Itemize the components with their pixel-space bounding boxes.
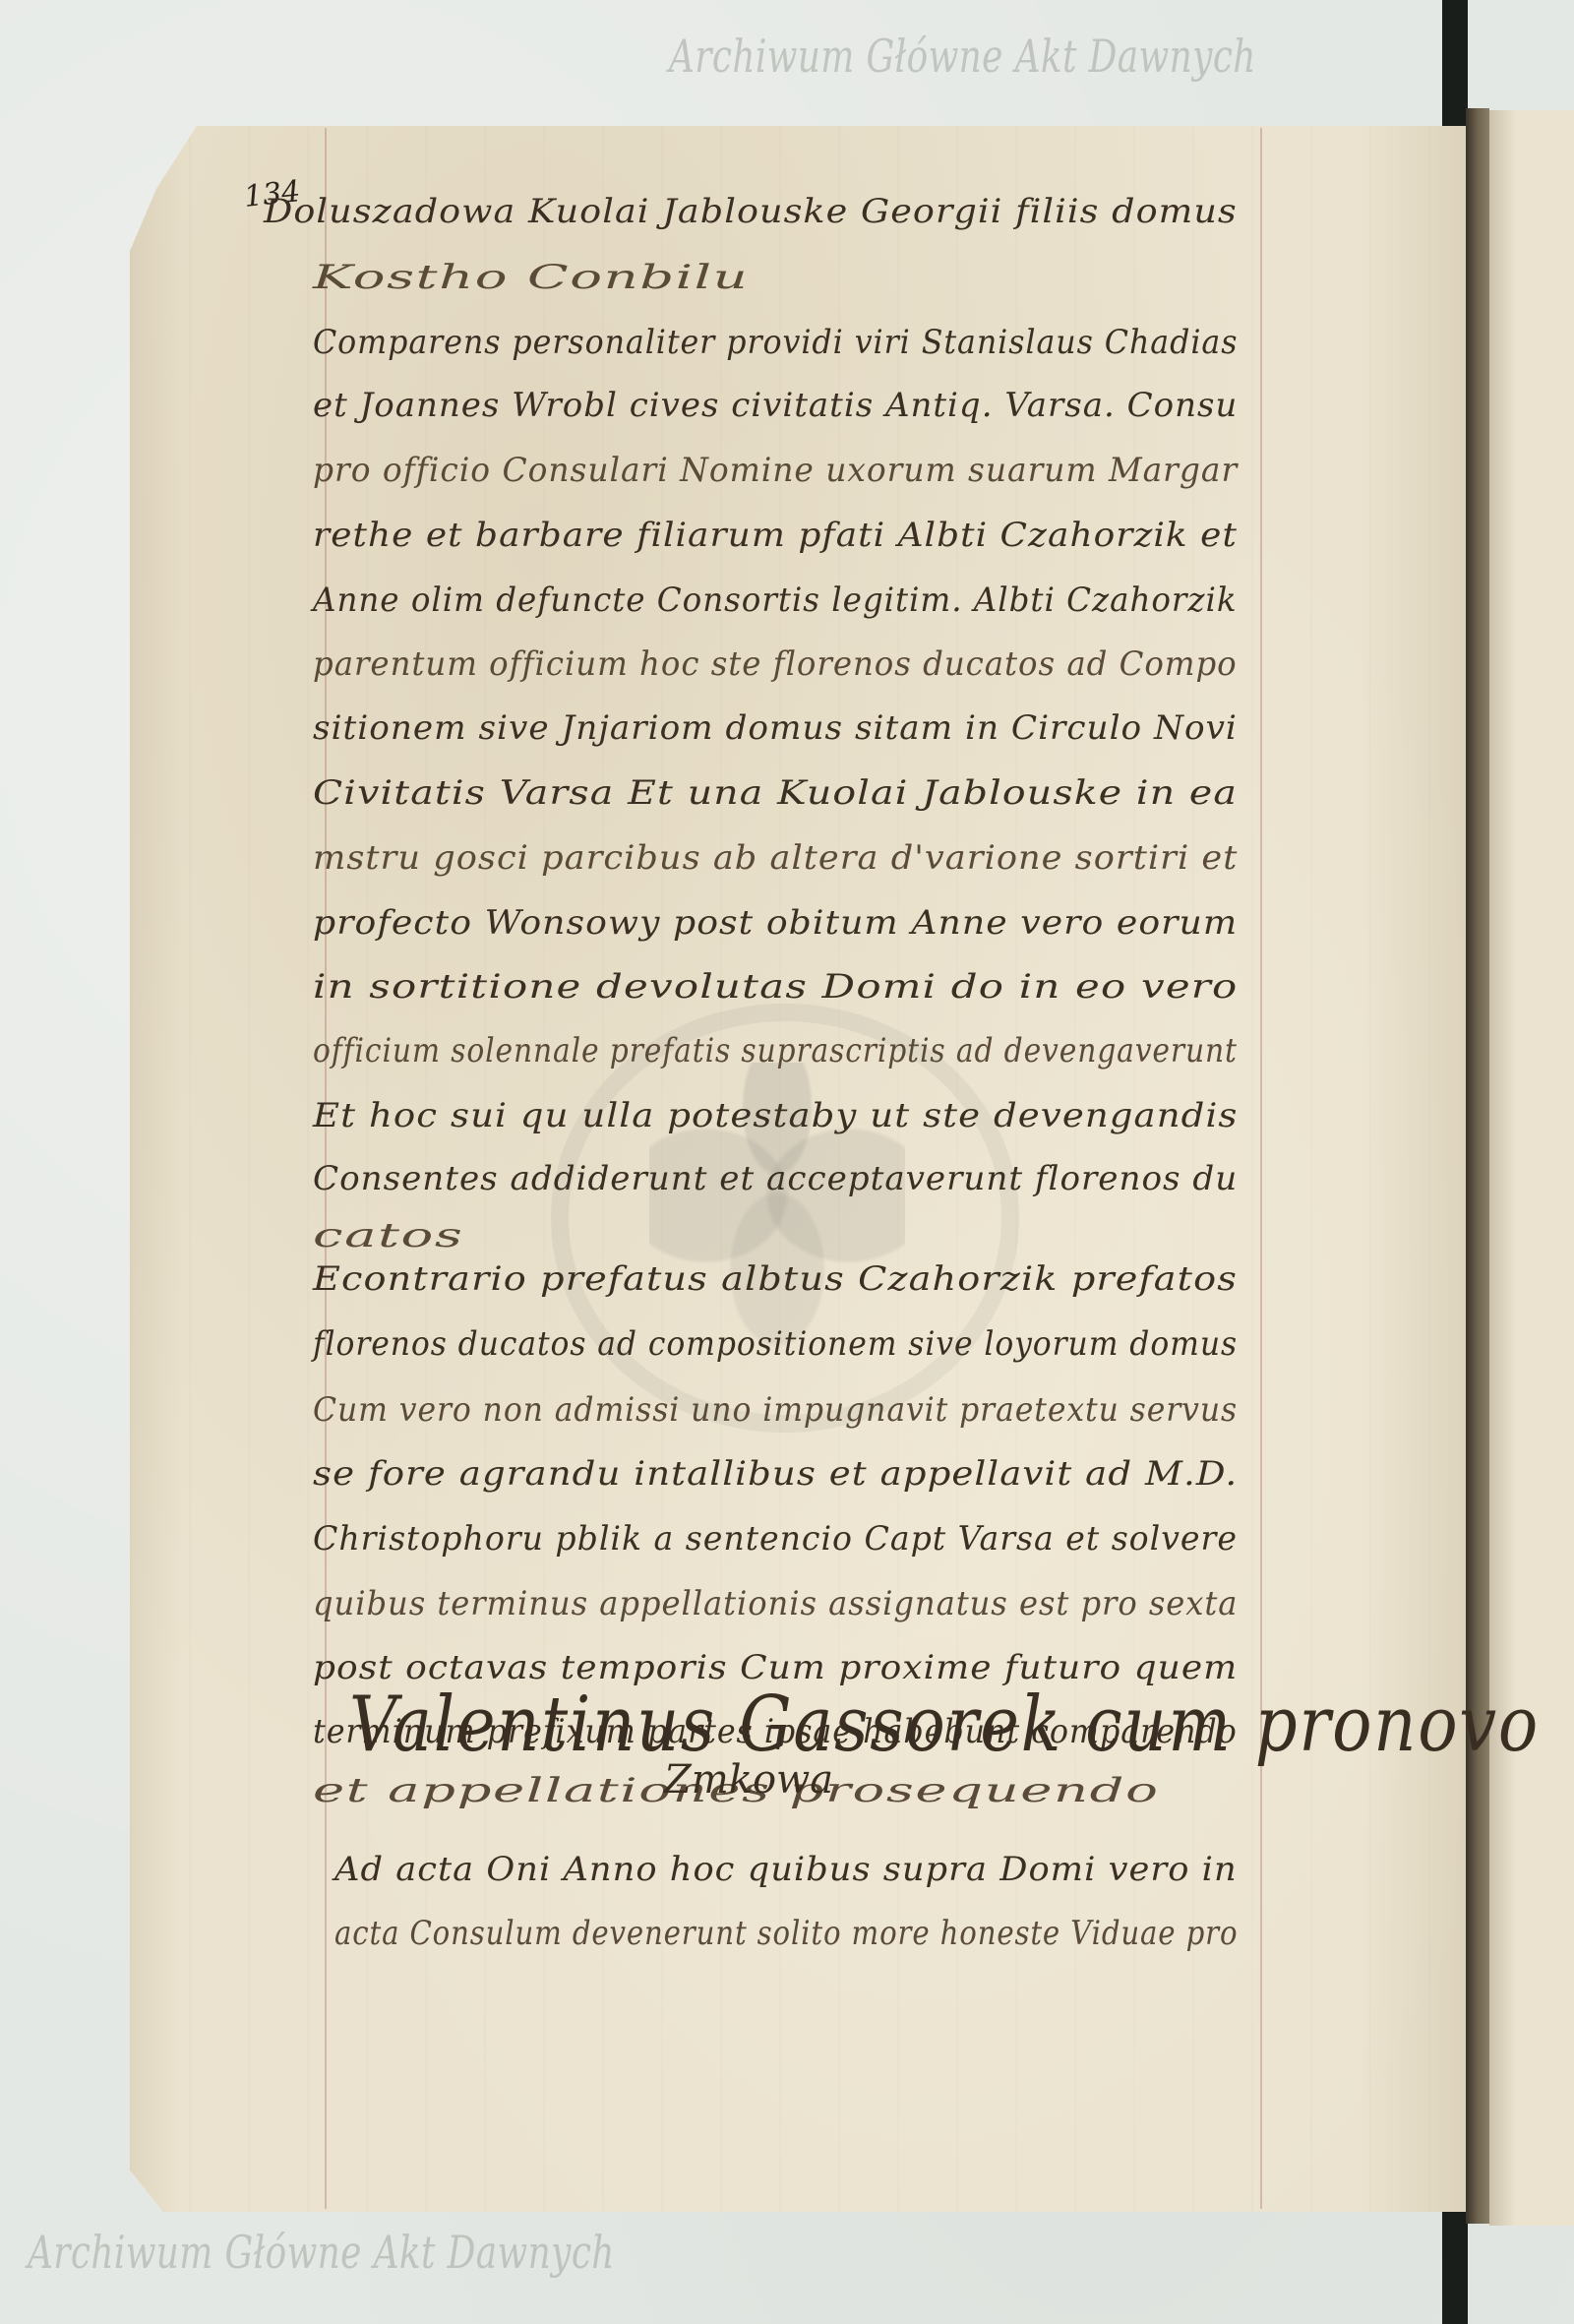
right-margin-rule	[1260, 128, 1262, 2209]
manuscript-line: quibus terminus appellationis assignatus…	[313, 1584, 1238, 1623]
page-gutter	[1466, 108, 1489, 2224]
manuscript-line: pro officio Consulari Nomine uxorum suar…	[313, 451, 1238, 490]
manuscript-line: Econtrario prefatus albtus Czahorzik pre…	[313, 1259, 1238, 1299]
manuscript-line: Kostho Conbilu	[313, 258, 749, 297]
adjacent-page-edge	[1489, 110, 1574, 2226]
manuscript-line: Anne olim defuncte Consortis legitim. Al…	[313, 581, 1238, 620]
archive-watermark-top: Archiwum Główne Akt Dawnych	[669, 30, 1256, 83]
manuscript-line: Et hoc sui qu ulla potestaby ut ste deve…	[313, 1096, 1238, 1135]
manuscript-line: parentum officium hoc ste florenos ducat…	[313, 644, 1238, 684]
manuscript-line: rethe et barbare filiarum pfati Albti Cz…	[313, 516, 1238, 555]
manuscript-line: florenos ducatos ad compositionem sive l…	[313, 1324, 1238, 1364]
manuscript-line: acta Consulum devenerunt solito more hon…	[334, 1914, 1238, 1953]
manuscript-line: profecto Wonsowy post obitum Anne vero e…	[313, 903, 1238, 943]
archive-watermark-bottom: Archiwum Główne Akt Dawnych	[28, 2226, 615, 2279]
manuscript-line: Doluszadowa Kuolai Jablouske Georgii fil…	[264, 192, 1238, 231]
manuscript-line: catos	[313, 1216, 463, 1255]
manuscript-line: Ad acta Oni Anno hoc quibus supra Domi v…	[334, 1850, 1238, 1889]
manuscript-line: se fore agrandu intallibus et appellavit…	[313, 1454, 1238, 1494]
entry-heading: Valentinus Gassorek cum pronovo	[349, 1681, 1540, 1769]
manuscript-line: Comparens personaliter providi viri Stan…	[313, 323, 1238, 362]
manuscript-line: Cum vero non admissi uno impugnavit prae…	[313, 1390, 1238, 1430]
manuscript-line: officium solennale prefatis suprascripti…	[313, 1031, 1238, 1070]
manuscript-line: in sortitione devolutas Domi do in eo ve…	[313, 967, 1238, 1007]
manuscript-line: et Joannes Wrobl cives civitatis Antiq. …	[313, 386, 1238, 425]
manuscript-line: mstru gosci parcibus ab altera d'varione…	[313, 838, 1238, 878]
manuscript-line: Christophoru pblik a sentencio Capt Vars…	[313, 1519, 1238, 1559]
entry-subheading: Zmkowa	[664, 1757, 833, 1803]
manuscript-line: Civitatis Varsa Et una Kuolai Jablouske …	[313, 773, 1238, 813]
manuscript-line: Consentes addiderunt et acceptaverunt fl…	[313, 1159, 1238, 1198]
manuscript-line: sitionem sive Jnjariom domus sitam in Ci…	[313, 708, 1238, 748]
